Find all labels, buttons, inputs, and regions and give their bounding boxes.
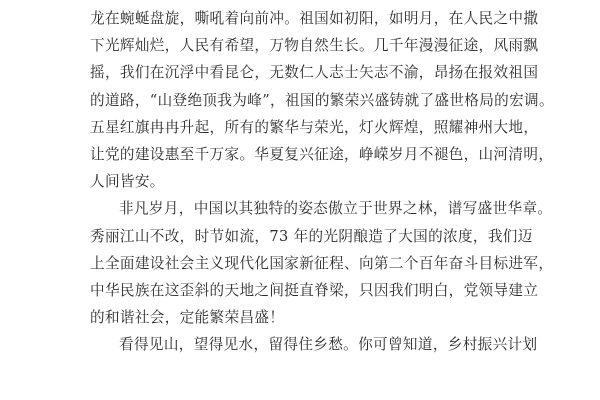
text-line: 看得见山，望得见水，留得住乡愁。你可曾知道，乡村振兴计划	[90, 331, 514, 358]
document-body: 龙在蜿蜒盘旋，嘶吼着向前冲。祖国如初阳，如明月，在人民之中撒 下光辉灿烂，人民有…	[90, 5, 514, 358]
text-line: 下光辉灿烂，人民有希望，万物自然生长。几千年漫漫征途，风雨飘	[90, 32, 514, 59]
text-line: 中华民族在这歪斜的天地之间挺直脊梁，只因我们明白，党领导建立	[90, 277, 514, 304]
text-line: 龙在蜿蜒盘旋，嘶吼着向前冲。祖国如初阳，如明月，在人民之中撒	[90, 5, 514, 32]
text-line: 摇，我们在沉浮中看昆仑，无数仁人志士矢志不渝，昂扬在报效祖国	[90, 59, 514, 86]
text-line: 上全面建设社会主义现代化国家新征程、向第二个百年奋斗目标进军，	[90, 250, 514, 277]
text-line: 让党的建设惠至千万家。华夏复兴征途，峥嵘岁月不褪色，山河清明，	[90, 141, 514, 168]
text-line: 秀丽江山不改，时节如流，73 年的光阴酿造了大国的浓度，我们迈	[90, 223, 514, 250]
text-line: 的和谐社会，定能繁荣昌盛！	[90, 304, 514, 331]
text-line: 五星红旗冉冉升起，所有的繁华与荣光，灯火辉煌，照耀神州大地，	[90, 114, 514, 141]
document-page: 龙在蜿蜒盘旋，嘶吼着向前冲。祖国如初阳，如明月，在人民之中撒 下光辉灿烂，人民有…	[0, 0, 600, 400]
text-line: 的道路，“山登绝顶我为峰”，祖国的繁荣兴盛铸就了盛世格局的宏调。	[90, 87, 514, 114]
text-line: 非凡岁月，中国以其独特的姿态傲立于世界之林，谱写盛世华章。	[90, 195, 514, 222]
text-line: 人间皆安。	[90, 168, 514, 195]
